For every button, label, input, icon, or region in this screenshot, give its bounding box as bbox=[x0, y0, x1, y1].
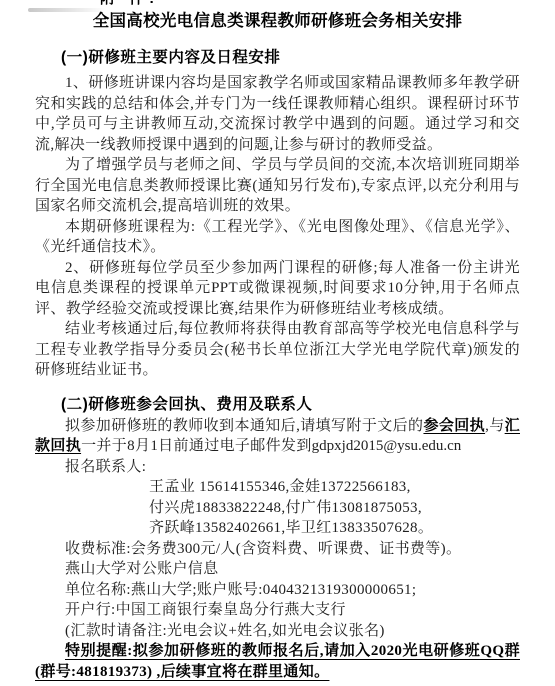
special-reminder: 特别提醒:拟参加研修班的教师报名后,请加入2020光电研修班QQ群(群号:481… bbox=[35, 641, 520, 682]
contacts-label: 报名联系人: bbox=[35, 457, 520, 478]
paragraph-course-list: 本期研修班课程为:《工程光学》、《光电图像处理》、《信息光学》、《光纤通信技术》… bbox=[35, 217, 520, 258]
bank-account-heading: 燕山大学对公账户信息 bbox=[35, 559, 520, 580]
paragraph-course-content: 1、研修班讲课内容均是国家教学名师或国家精品课教师多年教学研究和实践的总结和体会… bbox=[35, 73, 520, 155]
attachment-label: 附 件: bbox=[100, 0, 159, 10]
bank-branch-line: 开户行:中国工商银行秦皇岛分行燕大支行 bbox=[35, 600, 520, 621]
registration-email-address: gdpxjd2015@ysu.edu.cn bbox=[312, 438, 462, 454]
section1-heading: (一)研修班主要内容及日程安排 bbox=[61, 47, 520, 69]
registration-text-3: 一并于8月1日前通过电子邮件发到 bbox=[81, 438, 312, 454]
paragraph-participation-requirements: 2、研修班每位学员至少参加两门课程的研修;每人准备一份主讲光电信息类课程的授课单… bbox=[35, 258, 520, 320]
document-title: 全国高校光电信息类课程教师研修班会务相关安排 bbox=[35, 8, 520, 34]
reply-receipt-emphasis: 参会回执 bbox=[423, 418, 485, 434]
contact-line: 付兴虎18833822248,付广伟13081875053, bbox=[149, 498, 520, 519]
registration-text-1: 拟参加研修班的教师收到本通知后,请填写附于文后的 bbox=[65, 418, 423, 434]
paragraph-certificate: 结业考核通过后,每位教师将获得由教育部高等学校光电信息科学与工程专业教学指导分委… bbox=[35, 319, 520, 381]
paragraph-registration: 拟参加研修班的教师收到本通知后,请填写附于文后的参会回执,与汇款回执一并于8月1… bbox=[35, 416, 520, 457]
paragraph-teaching-contest: 为了增强学员与老师之间、学员与学员间的交流,本次培训班同期举行全国光电信息类教师… bbox=[35, 155, 520, 217]
document-page: 附 件: 全国高校光电信息类课程教师研修班会务相关安排 (一)研修班主要内容及日… bbox=[0, 0, 555, 686]
remittance-note-line: (汇款时请备注:光电会议+姓名,如光电会议张名) bbox=[35, 621, 520, 642]
registration-text-2: ,与 bbox=[485, 418, 505, 434]
scan-artifact-smudge bbox=[28, 8, 106, 12]
section2-heading: (二)研修班参会回执、费用及联系人 bbox=[61, 394, 520, 416]
fee-standard-line: 收费标准:会务费300元/人(含资料费、听课费、证书费等)。 bbox=[35, 539, 520, 560]
contact-line: 王孟业 15614155346,金娃13722566183, bbox=[149, 477, 520, 498]
bank-account-number-line: 单位名称:燕山大学;账户账号:0404321319300000651; bbox=[35, 580, 520, 601]
contact-line: 齐跃峰13582402661,毕卫红13833507628。 bbox=[149, 518, 520, 539]
